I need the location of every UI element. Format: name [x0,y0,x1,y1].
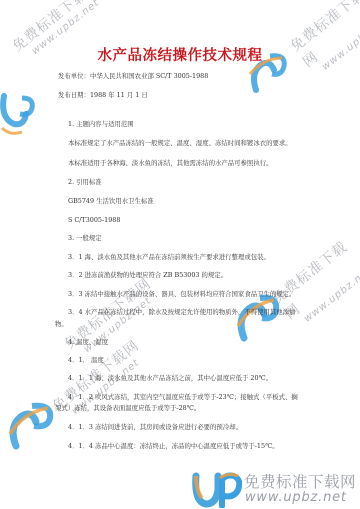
section-heading-2: 2. 引用标准 [68,178,102,186]
clause: 4．1．3 冻结间进货前，其房间或设备应进行必要的预冷却。 [68,423,242,431]
document-page: 免费标准下载网 www.upbz.net 免费标准下载网 www.upbz.ne… [0,0,360,509]
document-title: 水产品冻结操作技术规程 [0,44,360,65]
clause: 4．1．4 冻品中心温度：冻结终止，冻品的中心温度应低于或等于-15℃。 [68,442,279,450]
watermark-site-url: www.upbz.net [302,265,360,325]
watermark-middle-right: 免费标准下载网 www.upbz.net [268,234,360,333]
date-line: 发布日期：1988 年 11 月 1 日 [58,91,148,99]
section-heading-3: 3. 一般规定 [68,234,102,242]
issuer-line: 发布单位：中华人民共和国农业部 SC/T 3005-1988 [58,72,208,80]
paragraph: GB5749 生活饮用水卫生标准 [68,197,154,205]
clause: 4．1．1 海、淡水鱼及其他水产品冻结之前，其中心温度应低于 20℃。 [68,374,272,382]
logo-site-name: 免费标准下载网 [244,470,356,492]
up-logo-icon [192,470,242,508]
watermark-top-right: 免费标准下载网 www.upbz.net [286,0,360,80]
paragraph: S C/T3005-1988 [68,216,120,224]
logo-site-url: www.upbz.net [245,490,347,505]
clause: 4．1．2 吹风式冻结，其室内空气温度应低于或等于-23℃；接触式（平板式、搁 [68,393,298,401]
paragraph: 本标准规定了水产品冻结的一般规定、温度、湿度、冻结时间和镀冰衣的要求。 [68,139,292,147]
paragraph: 本标准适用于各种海、淡水鱼的冻结，其他需冻结的水产品可参照执行。 [68,159,273,167]
watermark-middle-left: 免费标准下载网 www.upbz.net [60,273,162,362]
clause: 4．1． 温度 [68,356,104,364]
clause: 3．2 进冻前渔获物的处理应符合 ZB B53003 的规定。 [68,271,227,279]
section-heading-4: 4. 温度、湿度 [68,338,108,346]
clause: 3．3 冻结中接触水产品的设备、器具、包装材料均应符合国家食品卫生的规定。 [68,290,295,298]
clause: 3．4 水产品在冻结过程中，除水及按规定允许使用的物质外，不得使用其他添加 [68,308,295,316]
up-logo-icon [6,398,56,450]
clause: 3．1 海、淡水鱼及其他水产品在冻结前须按生产要求进行整理或包装。 [68,253,270,261]
up-logo-icon [0,92,36,136]
clause-continuation: 物。 [55,320,68,328]
section-heading-1: 1. 主题内容与适用范围 [68,120,134,128]
clause-continuation: 架式）冻结，其设备表面温度应低于或等于-28℃。 [55,404,200,412]
site-logo-watermark: 免费标准下载网 www.upbz.net [192,468,360,508]
